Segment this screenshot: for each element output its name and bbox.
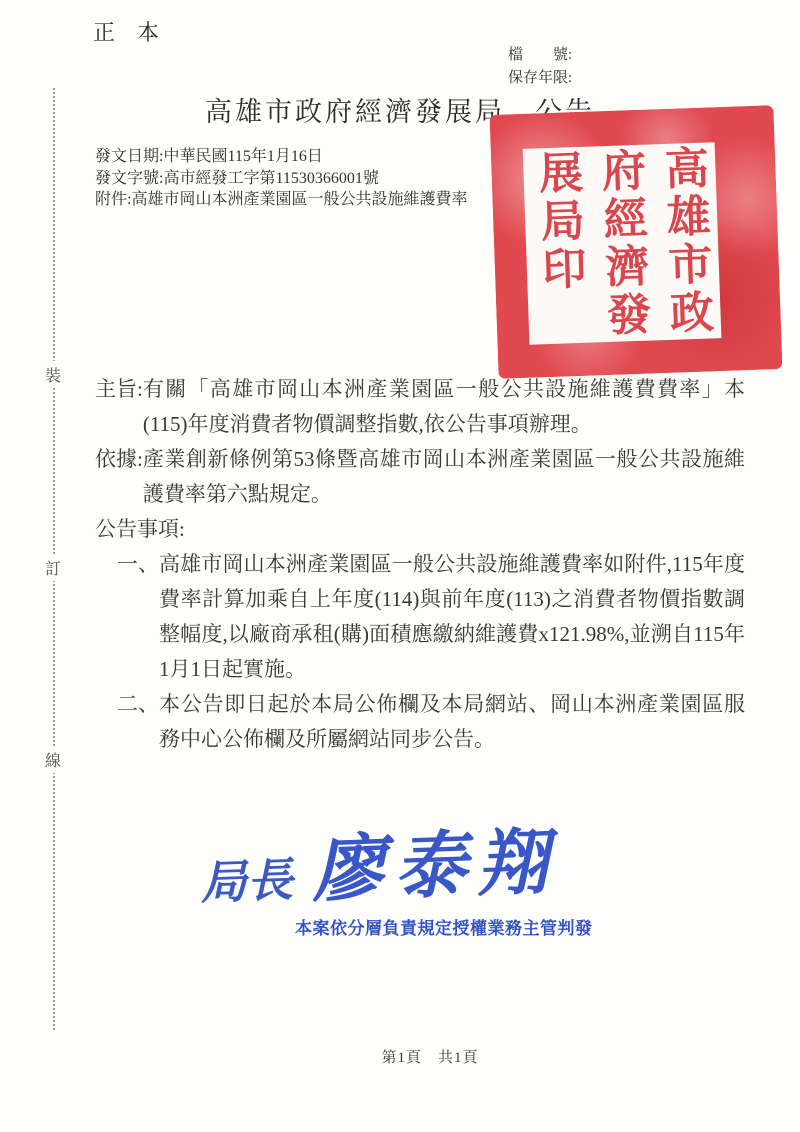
announcement-item-1: 一、 高雄市岡山本洲產業園區一般公共設施維護費率如附件,115年度費率計算加乘自…	[117, 547, 745, 687]
signature-block: 局長 廖泰翔 本案依分層負責規定授權業務主管判發	[200, 808, 640, 939]
doc-number-label: 發文字號:	[95, 170, 163, 187]
item-1-number: 一、	[117, 547, 159, 582]
basis-text: 產業創新條例第53條暨高雄市岡山本洲產業園區一般公共設施維護費率第六點規定。	[143, 442, 745, 512]
copy-type-label: 正 本	[93, 16, 159, 47]
announcement-item-2: 二、 本公告即日起於本局公佈欄及本局網站、岡山本洲產業園區服務中心公佈欄及所屬網…	[117, 687, 745, 757]
announcement-items: 一、 高雄市岡山本洲產業園區一般公共設施維護費率如附件,115年度費率計算加乘自…	[117, 547, 745, 757]
issue-meta-block: 發文日期:中華民國115年1月16日 發文字號:高市經發工字第115303660…	[95, 146, 467, 211]
subject-row: 主旨: 有關「高雄市岡山本洲產業園區一般公共設施維護費費率」本(115)年度消費…	[95, 372, 745, 442]
doc-number-line: 發文字號:高市經發工字第11530366001號	[95, 168, 467, 190]
item-2-text: 本公告即日起於本局公佈欄及本局網站、岡山本洲產業園區服務中心公佈欄及所屬網站同步…	[159, 687, 745, 757]
announcement-items-label: 公告事項:	[95, 512, 745, 547]
basis-label: 依據:	[95, 442, 143, 477]
page-footer: 第1頁 共1頁	[30, 1046, 800, 1067]
item-1-text: 高雄市岡山本洲產業園區一般公共設施維護費率如附件,115年度費率計算加乘自上年度…	[159, 547, 745, 687]
official-seal: 高雄市政府經濟發展局印	[489, 105, 782, 379]
binding-char-ding: 訂	[45, 554, 61, 581]
attachment-value: 高雄市岡山本洲產業園區一般公共設施維護費率	[131, 191, 467, 208]
attachment-line: 附件:高雄市岡山本洲產業園區一般公共設施維護費率	[95, 189, 467, 211]
issue-date-label: 發文日期:	[95, 148, 163, 165]
delegation-stamp-note: 本案依分層負責規定授權業務主管判發	[295, 914, 640, 939]
file-meta-block: 檔 號: 保存年限:	[508, 44, 572, 90]
retention-period-label: 保存年限:	[508, 67, 572, 90]
attachment-label: 附件:	[95, 191, 131, 208]
issue-date-value: 中華民國115年1月16日	[163, 148, 322, 165]
seal-inner-panel: 高雄市政府經濟發展局印	[523, 142, 722, 345]
subject-text: 有關「高雄市岡山本洲產業園區一般公共設施維護費費率」本(115)年度消費者物價調…	[143, 372, 745, 442]
item-2-number: 二、	[117, 687, 159, 722]
signer-title: 局長	[199, 843, 293, 912]
seal-text: 高雄市政府經濟發展局印	[524, 144, 720, 342]
binding-char-xian: 線	[45, 746, 61, 773]
signature-row: 局長 廖泰翔	[198, 800, 641, 919]
file-number-label: 檔 號:	[508, 44, 572, 67]
issue-date-line: 發文日期:中華民國115年1月16日	[95, 146, 467, 168]
document-body: 主旨: 有關「高雄市岡山本洲產業園區一般公共設施維護費費率」本(115)年度消費…	[95, 372, 745, 757]
announcement-document: 正 本 檔 號: 保存年限: 高雄市政府經濟發展局 公告 發文日期:中華民國11…	[0, 0, 800, 1132]
doc-number-value: 高市經發工字第11530366001號	[163, 170, 378, 187]
basis-row: 依據: 產業創新條例第53條暨高雄市岡山本洲產業園區一般公共設施維護費率第六點規…	[95, 442, 745, 512]
signer-name: 廖泰翔	[310, 803, 559, 916]
binding-char-zhuang: 裝	[45, 361, 61, 388]
subject-label: 主旨:	[95, 372, 143, 407]
